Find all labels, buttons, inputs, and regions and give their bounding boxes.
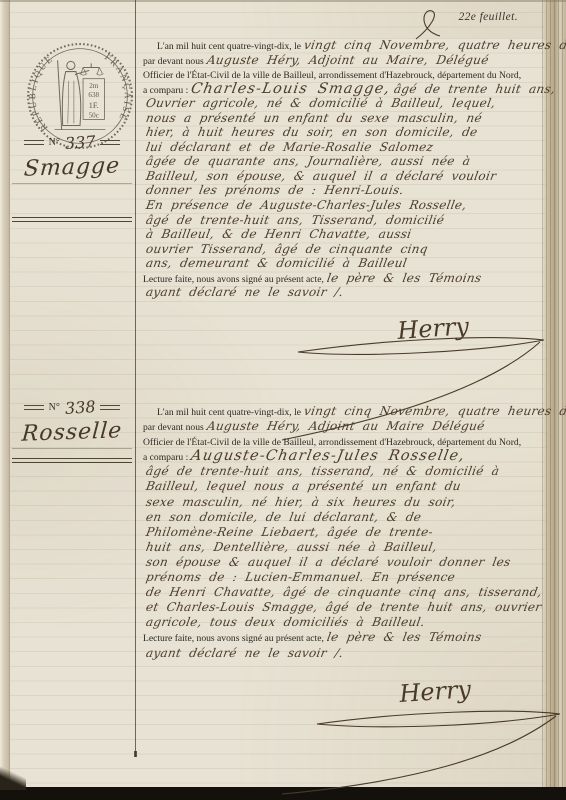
act-line: hier, à huit heures du soir, en son domi… (143, 125, 549, 140)
margin-underline (12, 183, 132, 184)
handwritten-text: nous a présenté un enfant du sexe mascul… (145, 111, 483, 126)
act-line: ans, demeurant & domicilié à Bailleul (143, 256, 549, 271)
act-line: donner les prénoms de : Henri-Louis. (143, 183, 549, 198)
scales-icon (83, 63, 99, 67)
handwritten-text: âgé de trente huit ans, (392, 82, 556, 97)
act-line: Bailleul, son épouse, & auquel il a décl… (143, 169, 549, 184)
officer-signature: Herry (290, 302, 555, 392)
act-line: huit ans, Dentellière, aussi née à Baill… (143, 539, 549, 554)
stamp-arc-right-text: FRANÇAISE (103, 52, 133, 123)
printed-text: par devant nous (143, 422, 204, 433)
act-line: âgée de quarante ans, Journalière, aussi… (143, 154, 549, 169)
stamp-value-line: 50c (89, 111, 99, 119)
printed-text: L'an mil huit cent quatre-vingt-dix, le (157, 407, 301, 418)
handwritten-text: à Bailleul, & de Henri Chavatte, aussi (145, 227, 413, 242)
handwritten-text: vingt cinq Novembre, quatre heures du so… (303, 38, 566, 53)
handwritten-text: huit ans, Dentellière, aussi née à Baill… (145, 540, 438, 555)
handwritten-text: Auguste Héry, Adjoint au Maire, Délégué (205, 53, 489, 68)
printed-text: a comparu : (143, 452, 188, 463)
stamp-value-line: 638 (88, 91, 99, 99)
folio-label: 22e feuillet. (459, 11, 519, 23)
folio-paraph-flourish (406, 2, 448, 42)
handwritten-text: prénoms de : Lucien-Emmanuel. En présenc… (145, 570, 457, 585)
handwritten-text: lui déclarant et de Marie-Rosalie Salome… (145, 140, 435, 155)
signature-flourish (298, 338, 544, 355)
act-margin-header: N° 338 Rosselle (12, 398, 132, 463)
act-line: par devant nousAuguste Héry, Adjoint au … (143, 418, 549, 433)
stamp-value-line: 1F. (89, 101, 99, 110)
act-line: âgé de trente-huit ans, Tisserand, domic… (143, 213, 549, 228)
handwritten-text: Auguste Héry, Adjoint au Maire Délégué (205, 419, 485, 434)
handwritten-text: Ouvrier agricole, né & domicilié à Baill… (145, 96, 497, 111)
handwritten-text: le père & les Témoins (326, 271, 483, 286)
handwritten-text: ayant déclaré ne le savoir /. (145, 646, 345, 661)
printed-text: L'an mil huit cent quatre-vingt-dix, le (157, 41, 301, 52)
page-top-edge (0, 0, 566, 2)
handwritten-text: ayant déclaré ne le savoir /. (145, 285, 345, 300)
civil-register-page: RÉPUBLIQUE FRANÇAISE 2m 638 1F. 50c 22e … (0, 0, 566, 800)
handwritten-text: son épouse & auquel il a déclaré vouloir… (145, 555, 512, 570)
act-line: sexe masculin, né hier, à six heures du … (143, 494, 549, 509)
scan-corner-shadow (0, 762, 26, 790)
act-line: Ouvrier agricole, né & domicilié à Baill… (143, 96, 549, 111)
handwritten-text: et Charles-Louis Smagge, âgé de trente h… (145, 600, 543, 615)
act-line: Lecture faite, nous avons signé au prése… (143, 629, 549, 644)
handwritten-text: en son domicile, de lui déclarant, & de (145, 510, 423, 525)
act-margin-header: N° 337 Smagge (12, 133, 132, 222)
numero-label: N° (49, 402, 60, 413)
signature-tail (282, 716, 556, 794)
act-line: ayant déclaré ne le savoir /. (143, 285, 549, 300)
handwritten-text: Charles-Louis Smagge, (190, 82, 392, 97)
act-line: par devant nousAuguste Héry, Adjoint au … (143, 53, 549, 68)
margin-double-rule (12, 458, 132, 463)
signature-flourish (317, 711, 560, 727)
printed-text: par devant nous (143, 56, 204, 67)
numero-label: N° (49, 137, 60, 148)
act-line: en son domicile, de lui déclarant, & de (143, 509, 549, 524)
act-line: ouvrier Tisserand, âgé de cinquante cinq (143, 242, 549, 257)
act-line: a comparu :Auguste-Charles-Jules Rossell… (143, 448, 549, 463)
stamp-value-line: 2m (89, 82, 99, 90)
act-line: En présence de Auguste-Charles-Jules Ros… (143, 198, 549, 213)
act-number: 337 (64, 132, 96, 153)
handwritten-text: âgée de quarante ans, Journalière, aussi… (145, 154, 472, 169)
handwritten-text: En présence de Auguste-Charles-Jules Ros… (145, 198, 468, 213)
act-line: prénoms de : Lucien-Emmanuel. En présenc… (143, 569, 549, 584)
margin-rule-dash (24, 405, 44, 410)
handwritten-text: vingt cinq Novembre, quatre heures du so… (303, 404, 566, 419)
act-line: nous a présenté un enfant du sexe mascul… (143, 111, 549, 126)
handwritten-text: âgé de trente-huit ans, tisserand, né & … (145, 464, 501, 479)
act-body: L'an mil huit cent quatre-vingt-dix, lev… (143, 403, 549, 660)
act-margin-name: Smagge (11, 153, 133, 182)
act-line: L'an mil huit cent quatre-vingt-dix, lev… (143, 403, 549, 418)
act-line: à Bailleul, & de Henri Chavatte, aussi (143, 227, 549, 242)
act-line: L'an mil huit cent quatre-vingt-dix, lev… (143, 38, 549, 53)
signature-name: Herry (395, 312, 470, 345)
printed-text: a comparu : (143, 85, 188, 96)
margin-double-rule (12, 217, 132, 222)
act-line: son épouse & auquel il a déclaré vouloir… (143, 554, 549, 569)
handwritten-text: hier, à huit heures du soir, en son domi… (145, 125, 479, 140)
handwritten-text: ouvrier Tisserand, âgé de cinquante cinq (145, 242, 429, 257)
handwritten-text: sexe masculin, né hier, à six heures du … (145, 495, 457, 510)
act-line: Officier de l'État-Civil de la ville de … (143, 67, 549, 82)
act-line: ayant déclaré ne le savoir /. (143, 645, 549, 660)
act-line: lui déclarant et de Marie-Rosalie Salome… (143, 140, 549, 155)
handwritten-text: agricole, tous deux domiciliés à Bailleu… (145, 615, 426, 630)
act-line: Bailleul, lequel nous a présenté un enfa… (143, 478, 549, 493)
handwritten-text: Philomène-Reine Liebaert, âgée de trente… (145, 525, 435, 540)
printed-text: Officier de l'État-Civil de la ville de … (143, 437, 521, 448)
handwritten-text: Auguste-Charles-Jules Rosselle, (190, 449, 467, 464)
margin-rule-dash (24, 140, 44, 145)
act-number-line: N° 338 (12, 398, 132, 417)
act-body: L'an mil huit cent quatre-vingt-dix, lev… (143, 38, 549, 300)
officer-signature: Herry (262, 662, 562, 742)
signature-name: Herry (397, 675, 472, 708)
act-number-line: N° 337 (12, 133, 132, 152)
act-line: agricole, tous deux domiciliés à Bailleu… (143, 614, 549, 629)
act-line: a comparu :Charles-Louis Smagge,âgé de t… (143, 82, 549, 97)
margin-rule-dash (100, 140, 120, 145)
stamp-arc-left-text: RÉPUBLIQUE (27, 53, 55, 133)
act-number: 338 (64, 397, 96, 418)
act-margin-name: Rosselle (11, 418, 133, 447)
margin-underline (12, 448, 132, 449)
printed-text: Lecture faite, nous avons signé au prése… (143, 274, 324, 285)
act-line: Philomène-Reine Liebaert, âgée de trente… (143, 524, 549, 539)
handwritten-text: âgé de trente-huit ans, Tisserand, domic… (145, 213, 446, 228)
handwritten-text: le père & les Témoins (326, 630, 483, 645)
handwritten-text: de Henri Chavatte, âgé de cinquante cinq… (145, 585, 543, 600)
act-line: de Henri Chavatte, âgé de cinquante cinq… (143, 584, 549, 599)
page-binding-edge (0, 0, 10, 800)
printed-text: Lecture faite, nous avons signé au prése… (143, 633, 324, 644)
act-line: Officier de l'État-Civil de la ville de … (143, 433, 549, 448)
act-line: et Charles-Louis Smagge, âgé de trente h… (143, 599, 549, 614)
margin-rule-dash (100, 405, 120, 410)
handwritten-text: donner les prénoms de : Henri-Louis. (145, 183, 405, 198)
act-line: Lecture faite, nous avons signé au prése… (143, 271, 549, 286)
handwritten-text: Bailleul, son épouse, & auquel il a décl… (145, 169, 498, 184)
printed-text: Officier de l'État-Civil de la ville de … (143, 70, 521, 81)
handwritten-text: Bailleul, lequel nous a présenté un enfa… (145, 479, 462, 494)
act-line: âgé de trente-huit ans, tisserand, né & … (143, 463, 549, 478)
handwritten-text: ans, demeurant & domicilié à Bailleul (145, 256, 408, 271)
